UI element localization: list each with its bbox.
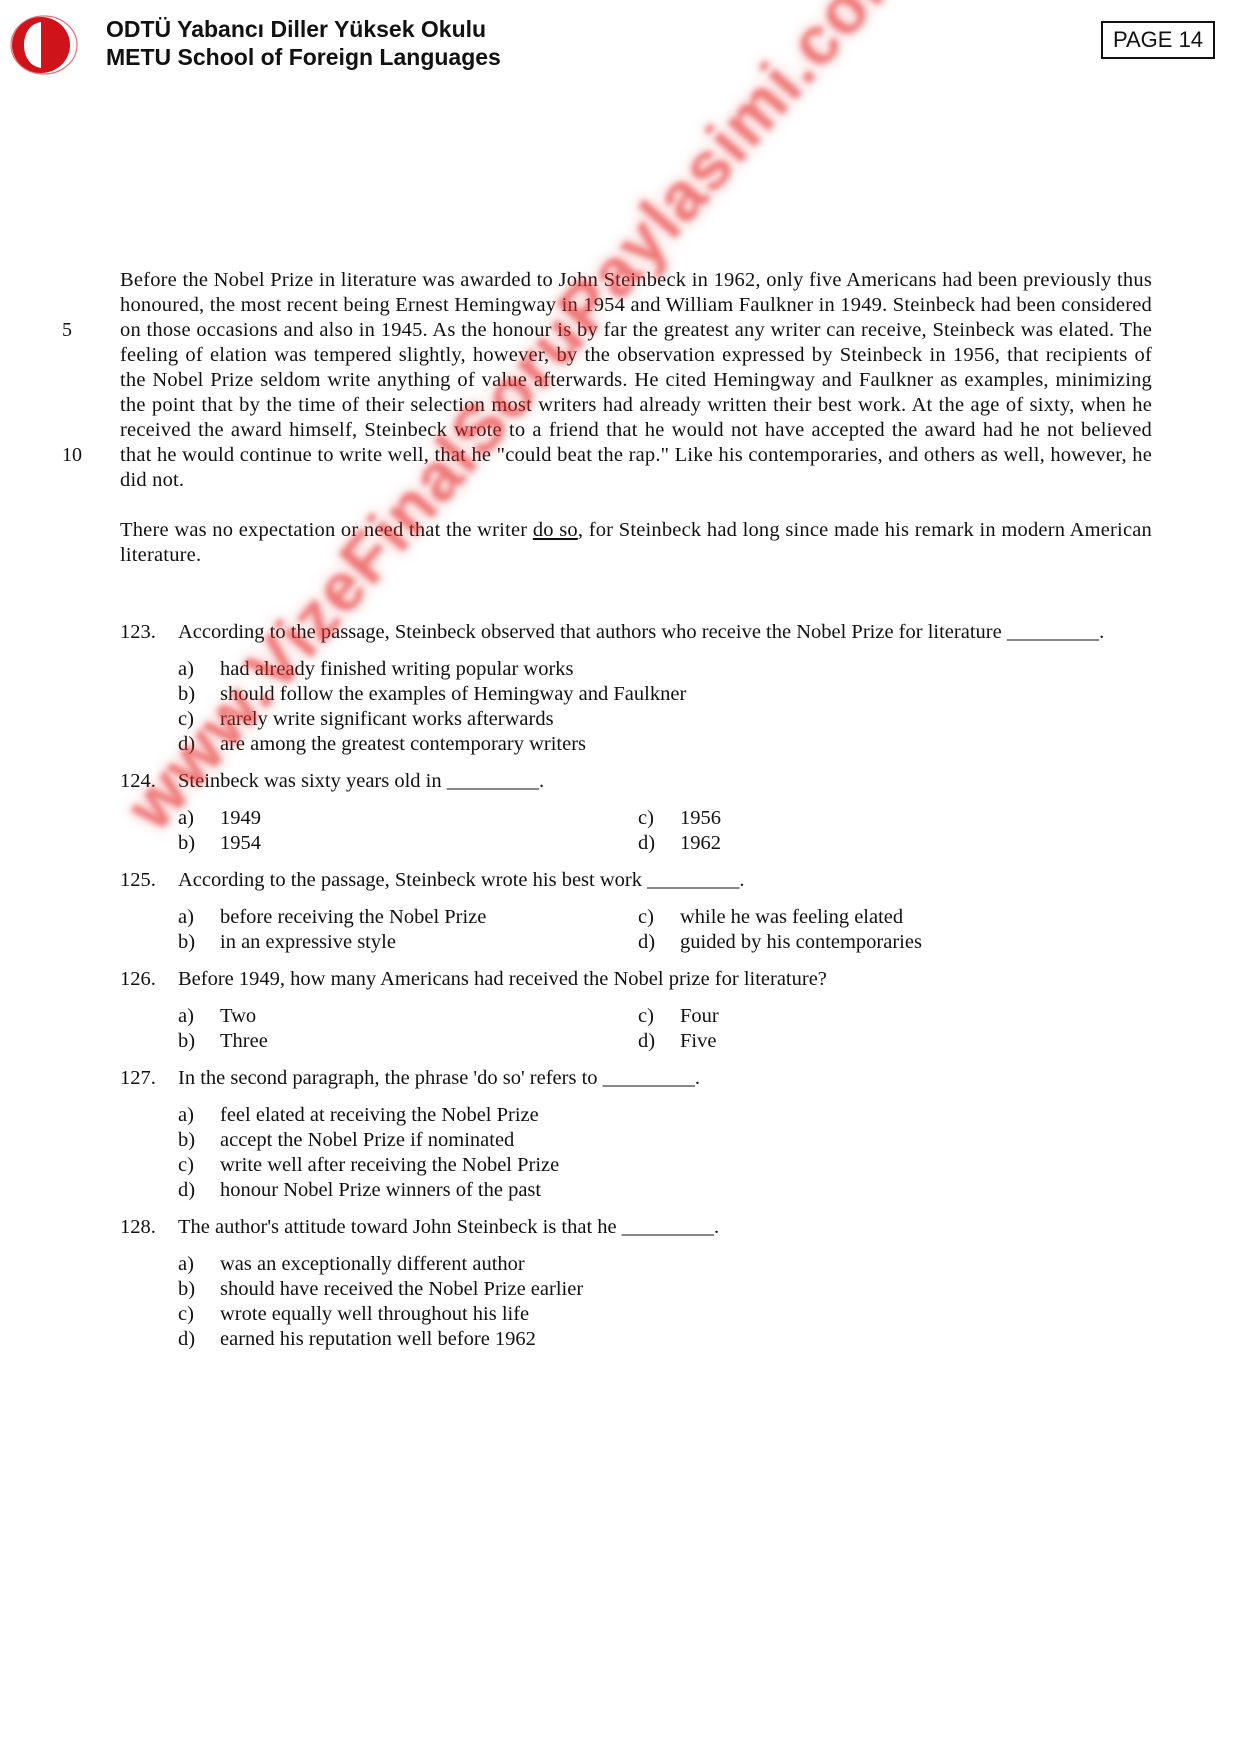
- option-text: 1949: [220, 806, 261, 831]
- option-text: earned his reputation well before 1962: [220, 1327, 536, 1352]
- line-number-5: 5: [62, 318, 72, 343]
- option-text: feel elated at receiving the Nobel Prize: [220, 1103, 539, 1128]
- page-number-badge: PAGE 14: [1101, 21, 1215, 59]
- question-number: 123.: [120, 620, 178, 645]
- option-b[interactable]: b)accept the Nobel Prize if nominated: [178, 1128, 1150, 1153]
- option-d[interactable]: d)Five: [638, 1029, 1098, 1054]
- option-text: in an expressive style: [220, 930, 396, 955]
- option-b[interactable]: b)should follow the examples of Hemingwa…: [178, 682, 1150, 707]
- option-letter: d): [178, 1178, 220, 1203]
- question-125: 125.According to the passage, Steinbeck …: [120, 868, 1150, 955]
- option-a[interactable]: a)1949: [178, 806, 638, 831]
- option-text: are among the greatest contemporary writ…: [220, 732, 586, 757]
- option-d[interactable]: d)are among the greatest contemporary wr…: [178, 732, 1150, 757]
- option-text: Five: [680, 1029, 716, 1054]
- option-letter: a): [178, 905, 220, 930]
- option-letter: b): [178, 682, 220, 707]
- question-stem: Steinbeck was sixty years old in _______…: [178, 769, 1150, 794]
- option-letter: d): [638, 831, 680, 856]
- option-c[interactable]: c)wrote equally well throughout his life: [178, 1302, 1150, 1327]
- question-126: 126.Before 1949, how many Americans had …: [120, 967, 1150, 1054]
- option-d[interactable]: d)honour Nobel Prize winners of the past: [178, 1178, 1150, 1203]
- option-text: should have received the Nobel Prize ear…: [220, 1277, 583, 1302]
- question-128: 128.The author's attitude toward John St…: [120, 1215, 1150, 1352]
- option-letter: c): [178, 1153, 220, 1178]
- option-letter: b): [178, 1128, 220, 1153]
- option-letter: b): [178, 1277, 220, 1302]
- option-text: Three: [220, 1029, 268, 1054]
- option-letter: c): [638, 905, 680, 930]
- question-number: 126.: [120, 967, 178, 992]
- question-list: 123.According to the passage, Steinbeck …: [120, 620, 1150, 1364]
- question-number: 125.: [120, 868, 178, 893]
- option-b[interactable]: b)1954: [178, 831, 638, 856]
- option-text: write well after receiving the Nobel Pri…: [220, 1153, 559, 1178]
- question-stem: According to the passage, Steinbeck wrot…: [178, 868, 1150, 893]
- option-text: rarely write significant works afterward…: [220, 707, 554, 732]
- option-a[interactable]: a)Two: [178, 1004, 638, 1029]
- option-text: before receiving the Nobel Prize: [220, 905, 486, 930]
- question-number: 128.: [120, 1215, 178, 1240]
- metu-logo-icon: [8, 14, 80, 76]
- option-text: should follow the examples of Hemingway …: [220, 682, 686, 707]
- question-number: 124.: [120, 769, 178, 794]
- option-text: had already finished writing popular wor…: [220, 657, 574, 682]
- paragraph-2-text-start: There was no expectation or need that th…: [120, 519, 533, 541]
- question-123: 123.According to the passage, Steinbeck …: [120, 620, 1150, 757]
- school-name-turkish: ODTÜ Yabancı Diller Yüksek Okulu: [106, 15, 501, 43]
- option-d[interactable]: d)1962: [638, 831, 1098, 856]
- option-text: 1954: [220, 831, 261, 856]
- option-b[interactable]: b)Three: [178, 1029, 638, 1054]
- option-letter: a): [178, 1004, 220, 1029]
- option-c[interactable]: c)write well after receiving the Nobel P…: [178, 1153, 1150, 1178]
- option-text: 1956: [680, 806, 721, 831]
- option-letter: a): [178, 1252, 220, 1277]
- school-name-english: METU School of Foreign Languages: [106, 43, 501, 71]
- option-letter: a): [178, 1103, 220, 1128]
- question-127: 127.In the second paragraph, the phrase …: [120, 1066, 1150, 1203]
- option-text: honour Nobel Prize winners of the past: [220, 1178, 541, 1203]
- reading-passage: Before the Nobel Prize in literature was…: [120, 268, 1152, 568]
- option-text: accept the Nobel Prize if nominated: [220, 1128, 514, 1153]
- option-letter: d): [638, 930, 680, 955]
- option-c[interactable]: c)rarely write significant works afterwa…: [178, 707, 1150, 732]
- question-124: 124.Steinbeck was sixty years old in ___…: [120, 769, 1150, 856]
- option-letter: c): [638, 806, 680, 831]
- option-b[interactable]: b)should have received the Nobel Prize e…: [178, 1277, 1150, 1302]
- option-letter: c): [178, 1302, 220, 1327]
- option-d[interactable]: d)earned his reputation well before 1962: [178, 1327, 1150, 1352]
- option-a[interactable]: a)was an exceptionally different author: [178, 1252, 1150, 1277]
- option-letter: c): [638, 1004, 680, 1029]
- question-stem: Before 1949, how many Americans had rece…: [178, 967, 1150, 992]
- question-stem: In the second paragraph, the phrase 'do …: [178, 1066, 1150, 1091]
- underlined-phrase-do-so: do so: [533, 519, 578, 541]
- option-letter: b): [178, 930, 220, 955]
- option-c[interactable]: c)1956: [638, 806, 1098, 831]
- school-name: ODTÜ Yabancı Diller Yüksek Okulu METU Sc…: [106, 15, 501, 71]
- page-header: ODTÜ Yabancı Diller Yüksek Okulu METU Sc…: [0, 0, 1240, 90]
- option-letter: a): [178, 806, 220, 831]
- option-a[interactable]: a)feel elated at receiving the Nobel Pri…: [178, 1103, 1150, 1128]
- question-number: 127.: [120, 1066, 178, 1091]
- option-text: wrote equally well throughout his life: [220, 1302, 529, 1327]
- option-letter: d): [178, 732, 220, 757]
- option-b[interactable]: b)in an expressive style: [178, 930, 638, 955]
- option-a[interactable]: a)had already finished writing popular w…: [178, 657, 1150, 682]
- option-c[interactable]: c)while he was feeling elated: [638, 905, 1098, 930]
- option-c[interactable]: c)Four: [638, 1004, 1098, 1029]
- line-number-10: 10: [62, 443, 82, 468]
- option-letter: d): [638, 1029, 680, 1054]
- option-text: while he was feeling elated: [680, 905, 903, 930]
- option-letter: b): [178, 1029, 220, 1054]
- question-stem: The author's attitude toward John Steinb…: [178, 1215, 1150, 1240]
- option-a[interactable]: a)before receiving the Nobel Prize: [178, 905, 638, 930]
- option-text: Four: [680, 1004, 719, 1029]
- option-text: was an exceptionally different author: [220, 1252, 525, 1277]
- option-letter: b): [178, 831, 220, 856]
- passage-paragraph-1: Before the Nobel Prize in literature was…: [120, 268, 1152, 493]
- option-text: 1962: [680, 831, 721, 856]
- option-text: guided by his contemporaries: [680, 930, 922, 955]
- option-letter: d): [178, 1327, 220, 1352]
- option-letter: c): [178, 707, 220, 732]
- question-stem: According to the passage, Steinbeck obse…: [178, 620, 1150, 645]
- option-text: Two: [220, 1004, 256, 1029]
- option-letter: a): [178, 657, 220, 682]
- option-d[interactable]: d)guided by his contemporaries: [638, 930, 1098, 955]
- passage-paragraph-2: There was no expectation or need that th…: [120, 518, 1152, 568]
